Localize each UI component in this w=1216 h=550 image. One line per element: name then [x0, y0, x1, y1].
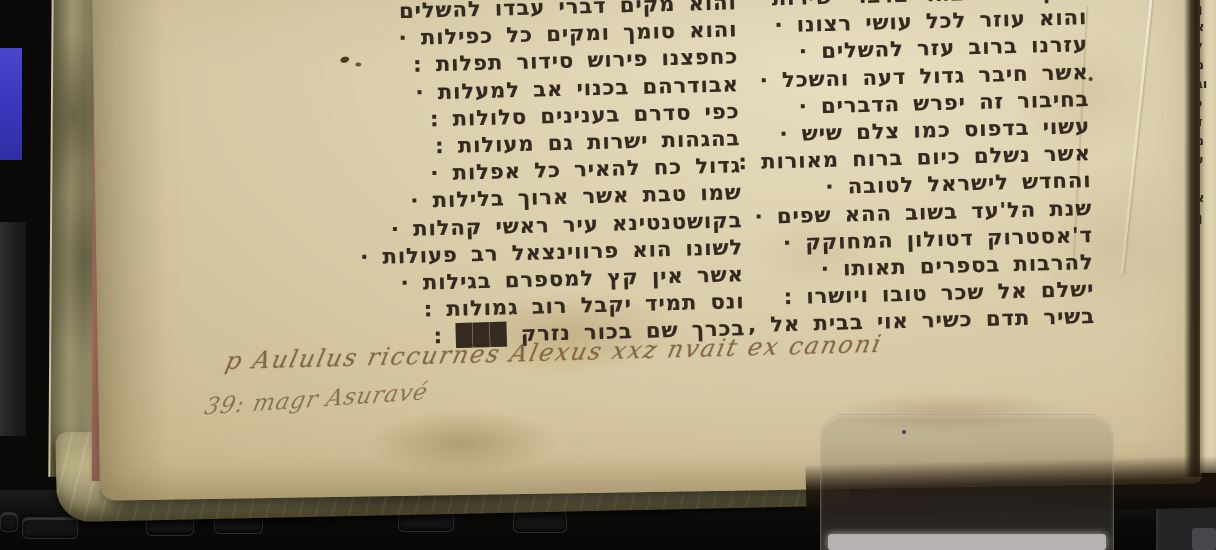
- sliver-letter: א: [1200, 18, 1216, 37]
- sliver-letter: וב: [1200, 75, 1216, 94]
- sliver-letter: נ: [1200, 246, 1216, 265]
- cradle-key: [22, 517, 78, 539]
- acrylic-page-holder: [820, 414, 1114, 550]
- sliver-letter: ז: [1200, 170, 1216, 189]
- stain: [367, 409, 558, 476]
- facing-page-text-fragments: ךאלםובכדםעזאךונ: [1200, 0, 1216, 265]
- sliver-letter: ו: [1200, 227, 1216, 246]
- sliver-letter: ל: [1200, 37, 1216, 56]
- sliver-letter: ע: [1200, 151, 1216, 170]
- sliver-letter: א: [1200, 189, 1216, 208]
- sliver-letter: ם: [1200, 56, 1216, 75]
- facing-page-sliver: ךאלםובכדםעזאךונ: [1200, 0, 1216, 473]
- acrylic-speck: [902, 430, 906, 434]
- printed-text-block: ברוך אשר בחר בדברי שירותוהוא עוזר לכל עו…: [210, 0, 1210, 376]
- blue-cradle-strap: [0, 48, 22, 160]
- sliver-letter: כ: [1200, 94, 1216, 113]
- sliver-letter: ך: [1200, 208, 1216, 227]
- sliver-letter: ך: [1200, 0, 1216, 18]
- cradle-key: [0, 512, 18, 532]
- sliver-letter: ד: [1200, 113, 1216, 132]
- page-aging-shadow: [92, 0, 170, 501]
- cradle-side-panel: [0, 222, 26, 436]
- cradle-key: [513, 509, 567, 533]
- sliver-letter: ם: [1200, 132, 1216, 151]
- table-slab-highlight: [1192, 528, 1216, 550]
- hebrew-column-left: והוא מקים דברי עבדו להשליםוהוא סומך ומקי…: [266, 0, 745, 355]
